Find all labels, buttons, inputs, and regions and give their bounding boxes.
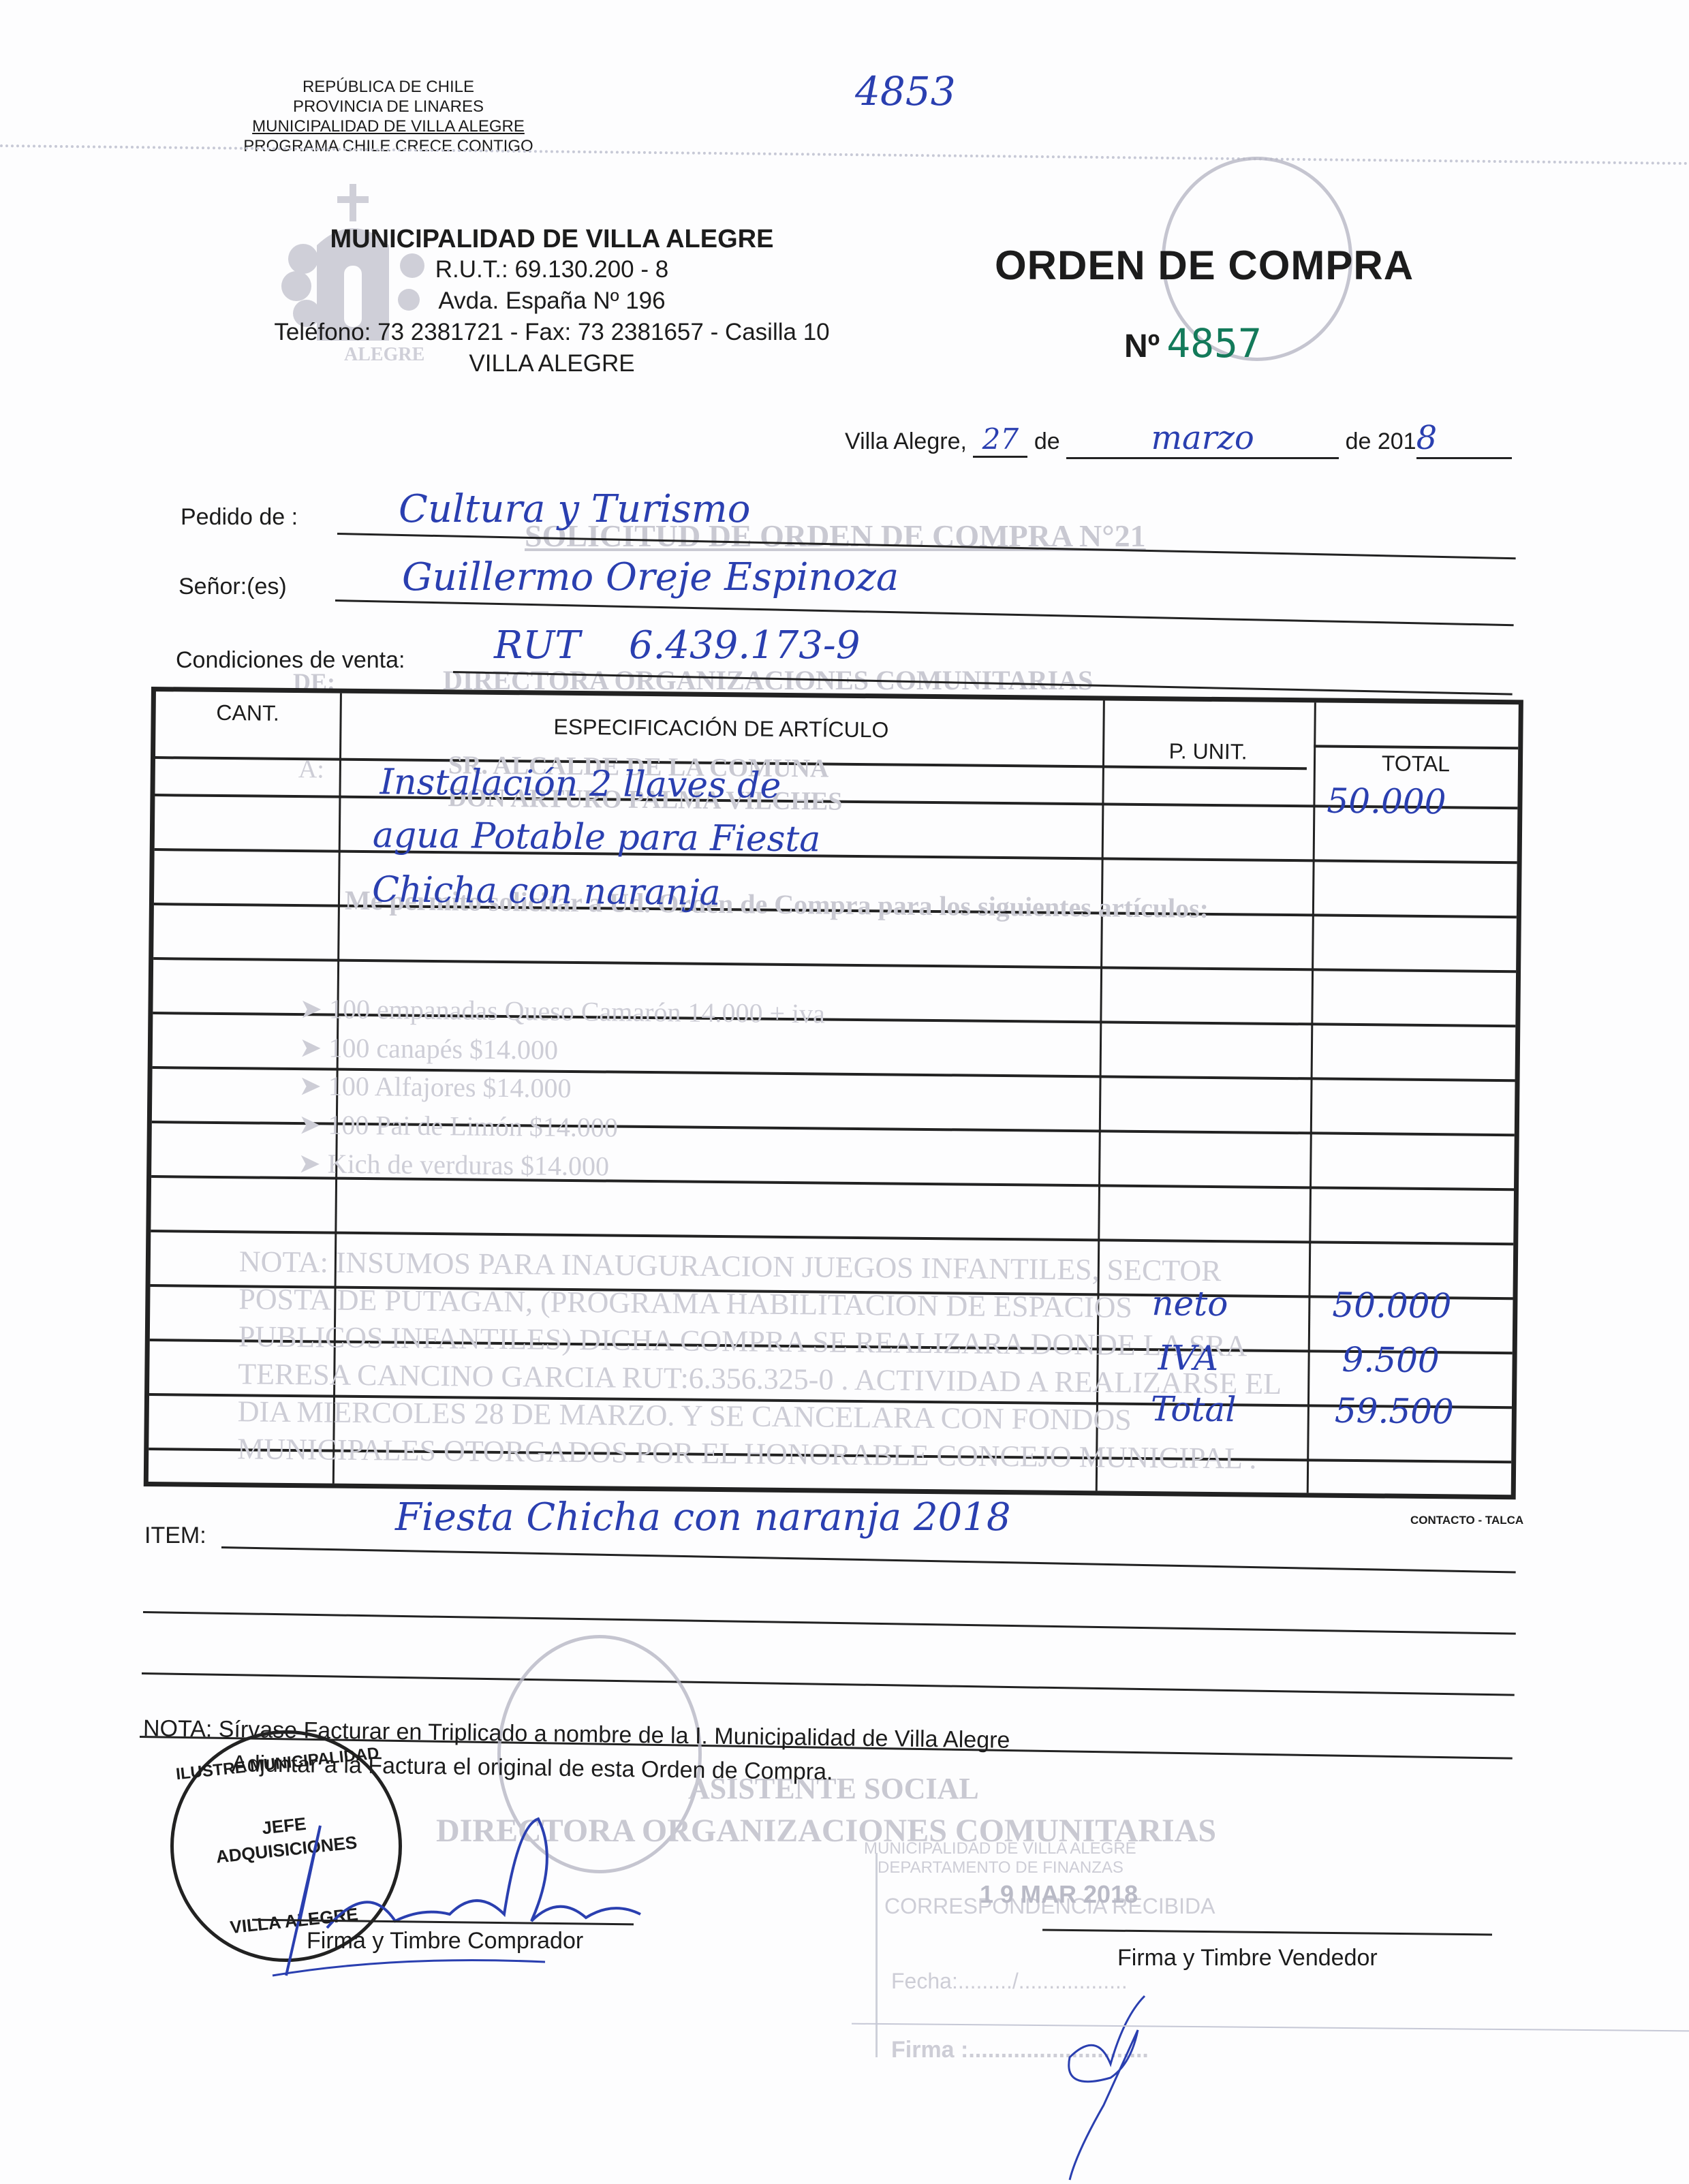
summary-neto-label: neto <box>1151 1283 1228 1324</box>
summary-total-value[interactable]: 59.500 <box>1335 1391 1455 1432</box>
summary-iva-value[interactable]: 9.500 <box>1342 1340 1440 1380</box>
item-description-line-1[interactable]: Instalación 2 llaves de <box>379 762 781 807</box>
ghost-nota-6: MUNICIPALES OTORGADOS POR EL HONORABLE C… <box>237 1431 1257 1476</box>
blank-line <box>142 1672 1515 1696</box>
ghost-a-label: A: <box>298 754 324 784</box>
item-underline <box>221 1546 1516 1573</box>
ghost-nota-2: POSTA DE PUTAGAN, (PROGRAMA HABILITACION… <box>238 1281 1132 1325</box>
header-line-municipalidad: MUNICIPALIDAD DE VILLA ALEGRE <box>225 116 552 136</box>
document-title: ORDEN DE COMPRA <box>995 242 1414 289</box>
issuer-name: MUNICIPALIDAD DE VILLA ALEGRE <box>232 225 872 254</box>
pedido-value[interactable]: Cultura y Turismo <box>399 487 750 531</box>
item-description-line-2[interactable]: agua Potable para Fiesta <box>373 815 821 860</box>
date-sep-de: de <box>1034 428 1060 454</box>
ghost-item-1: ➤ 100 empanadas Queso Camarón 14.000 + i… <box>299 993 825 1029</box>
ghost-nota-3: PUBLICOS INFANTILES) DICHA COMPRA SE REA… <box>238 1319 1248 1363</box>
senor-value[interactable]: Guillermo Oreje Espinoza <box>402 555 899 599</box>
summary-iva-label: IVA <box>1158 1338 1218 1378</box>
date-year-digit: 8 <box>1416 419 1512 459</box>
issuer-contact: Teléfono: 73 2381721 - Fax: 73 2381657 -… <box>232 317 872 348</box>
item-line-total[interactable]: 50.000 <box>1327 781 1446 822</box>
ghost-nota-1: NOTA: INSUMOS PARA INAUGURACION JUEGOS I… <box>239 1244 1222 1288</box>
blank-line <box>143 1611 1516 1635</box>
issuer-block: MUNICIPALIDAD DE VILLA ALEGRE R.U.T.: 69… <box>232 225 872 379</box>
header-line-provincia: PROVINCIA DE LINARES <box>225 97 552 116</box>
finance-signature <box>1042 1989 1206 2184</box>
issuer-rut: R.U.T.: 69.130.200 - 8 <box>232 254 872 285</box>
order-number-value: 4857 <box>1166 320 1262 366</box>
summary-total-label: Total <box>1151 1389 1237 1429</box>
item-description-line-3[interactable]: Chicha con naranja <box>372 869 721 914</box>
seal-top-text: ILUSTRE MUNICIPALIDAD <box>165 1743 390 1785</box>
agency-header: REPÚBLICA DE CHILE PROVINCIA DE LINARES … <box>225 77 552 156</box>
finance-stamp-line1: MUNICIPALIDAD DE VILLA ALEGRE <box>864 1839 1136 1858</box>
printer-credit: CONTACTO - TALCA <box>1410 1514 1523 1527</box>
senor-label: Señor:(es) <box>179 574 287 600</box>
seller-signature-label: Firma y Timbre Vendedor <box>1117 1945 1378 1971</box>
handwritten-folio: 4853 <box>855 68 956 114</box>
header-line-programa: PROGRAMA CHILE CRECE CONTIGO <box>225 136 552 156</box>
date-line: Villa Alegre, 27 de marzo de 2018 <box>845 419 1512 459</box>
finance-stamp-line2: DEPARTAMENTO DE FINANZAS <box>878 1858 1124 1877</box>
pedido-label: Pedido de : <box>181 504 298 531</box>
ghost-nota-4: TERESA CANCINO GARCIA RUT:6.356.325-0 . … <box>238 1356 1282 1401</box>
order-number: Nº4857 <box>1124 320 1262 366</box>
issuer-city: VILLA ALEGRE <box>232 348 872 379</box>
senor-underline <box>335 599 1514 626</box>
col-header-total: TOTAL <box>1314 750 1518 777</box>
condiciones-label: Condiciones de venta: <box>176 647 405 674</box>
header-line-republica: REPÚBLICA DE CHILE <box>225 77 552 97</box>
col-header-punit: P. UNIT. <box>1102 738 1314 765</box>
date-month: marzo <box>1066 419 1339 459</box>
ghost-item-5: ➤ Kich de verduras $14.000 <box>298 1147 609 1182</box>
condiciones-value[interactable]: RUT 6.439.173-9 <box>494 623 860 668</box>
order-number-label: Nº <box>1124 328 1160 364</box>
ghost-item-4: ➤ 100 Pai de Limón $14.000 <box>298 1108 618 1144</box>
buyer-signature-label: Firma y Timbre Comprador <box>307 1928 583 1954</box>
items-table: CANT. ESPECIFICACIÓN DE ARTÍCULO P. UNIT… <box>144 687 1523 1499</box>
col-header-cant: CANT. <box>155 700 339 727</box>
item-value[interactable]: Fiesta Chicha con naranja 2018 <box>395 1495 1010 1540</box>
finance-stamp-date: 1 9 MAR 2018 <box>980 1880 1138 1909</box>
col-divider <box>1307 702 1316 1493</box>
ghost-nota-5: DIA MIERCOLES 28 DE MARZO. Y SE CANCELAR… <box>238 1394 1132 1437</box>
col-header-especificacion: ESPECIFICACIÓN DE ARTÍCULO <box>339 713 1102 745</box>
issuer-address: Avda. España Nº 196 <box>232 285 872 317</box>
date-prefix: Villa Alegre, <box>845 428 967 454</box>
item-label: ITEM: <box>144 1523 206 1549</box>
ghost-item-3: ➤ 100 Alfajores $14.000 <box>298 1070 572 1104</box>
ghost-item-2: ➤ 100 canapés $14.000 <box>299 1031 559 1066</box>
date-sep-year: de 201 <box>1346 428 1416 454</box>
date-day: 27 <box>973 422 1027 458</box>
summary-neto-value[interactable]: 50.000 <box>1332 1285 1452 1326</box>
header-divider-total <box>1314 745 1518 749</box>
